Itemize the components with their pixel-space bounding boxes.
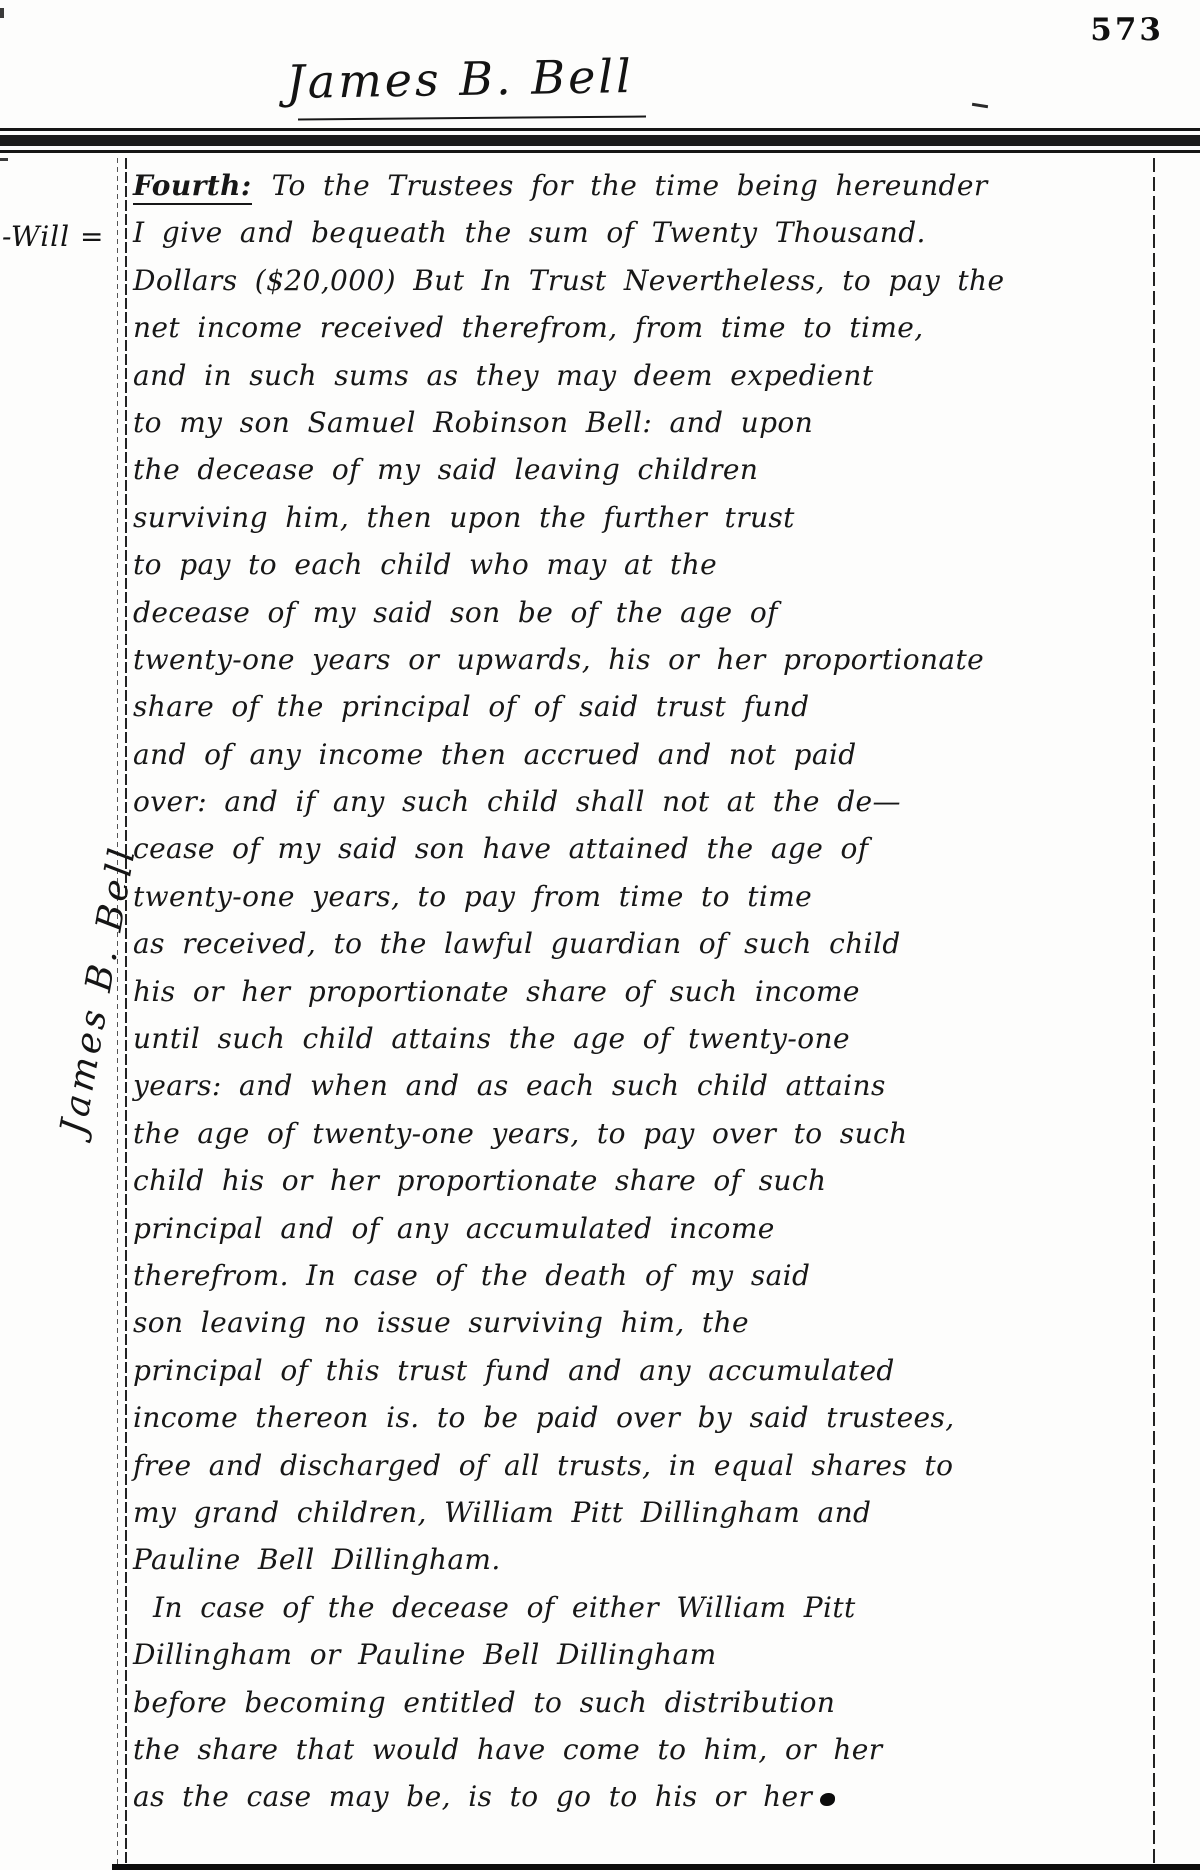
title-underline — [298, 115, 646, 120]
page-title: James B. Bell — [160, 47, 761, 111]
handwritten-line-first: Fourth:To the Trustees for the time bein… — [133, 162, 1173, 209]
handwritten-line: cease of my said son have attained the a… — [133, 825, 1173, 872]
ledger-double-rule — [0, 128, 1200, 158]
handwritten-line: decease of my said son be of the age of — [133, 589, 1173, 636]
ink-blot — [820, 1793, 835, 1806]
handwritten-line: free and discharged of all trusts, in eq… — [133, 1442, 1173, 1489]
handwritten-line: son leaving no issue surviving him, the — [133, 1299, 1173, 1346]
handwritten-line: to my son Samuel Robinson Bell: and upon — [133, 399, 1173, 446]
rule-line — [0, 150, 1200, 153]
handwritten-line: as received, to the lawful guardian of s… — [133, 920, 1173, 967]
handwritten-line: share of the principal of of said trust … — [133, 683, 1173, 730]
scan-speck — [0, 8, 4, 18]
handwritten-line: principal of this trust fund and any acc… — [133, 1347, 1173, 1394]
handwritten-line: income thereon is. to be paid over by sa… — [133, 1394, 1173, 1441]
handwritten-line: Dillingham or Pauline Bell Dillingham — [133, 1631, 1173, 1678]
handwritten-line: to pay to each child who may at the — [133, 541, 1173, 588]
handwritten-line: principal and of any accumulated income — [133, 1205, 1173, 1252]
handwritten-line: Dollars ($20,000) But In Trust Neverthel… — [133, 257, 1173, 304]
bottom-scan-bar — [112, 1864, 1200, 1870]
handwritten-line: the age of twenty-one years, to pay over… — [133, 1110, 1173, 1157]
page-number: 573 — [1090, 12, 1164, 48]
handwritten-line: therefrom. In case of the death of my sa… — [133, 1252, 1173, 1299]
scan-speck — [0, 158, 8, 161]
left-margin-rule-inner — [125, 158, 127, 1870]
handwritten-line: twenty-one years, to pay from time to ti… — [133, 873, 1173, 920]
handwritten-line: over: and if any such child shall not at… — [133, 778, 1173, 825]
handwritten-line: the share that would have come to him, o… — [133, 1726, 1173, 1773]
stray-pen-mark — [972, 103, 988, 108]
first-line-text: To the Trustees for the time being hereu… — [272, 169, 988, 202]
rule-line — [0, 128, 1200, 131]
handwritten-line: surviving him, then upon the further tru… — [133, 494, 1173, 541]
scanned-will-page: 573 James B. Bell -Will = James B. Bell … — [0, 0, 1200, 1870]
handwritten-line: and in such sums as they may deem expedi… — [133, 352, 1173, 399]
handwritten-line: before becoming entitled to such distrib… — [133, 1679, 1173, 1726]
section-keyword: Fourth: — [133, 169, 252, 205]
handwritten-line: child his or her proportionate share of … — [133, 1157, 1173, 1204]
margin-will-label: -Will = — [2, 220, 104, 253]
handwritten-line: In case of the decease of either William… — [133, 1584, 1173, 1631]
last-line-text: as the case may be, is to go to his or h… — [133, 1780, 812, 1813]
handwritten-line: twenty-one years or upwards, his or her … — [133, 636, 1173, 683]
handwritten-body: Fourth:To the Trustees for the time bein… — [133, 162, 1173, 1821]
handwritten-line: as the case may be, is to go to his or h… — [133, 1773, 1173, 1820]
handwritten-line: my grand children, William Pitt Dillingh… — [133, 1489, 1173, 1536]
rule-line — [0, 135, 1200, 146]
handwritten-line: and of any income then accrued and not p… — [133, 731, 1173, 778]
handwritten-line: the decease of my said leaving children — [133, 446, 1173, 493]
handwritten-line: until such child attains the age of twen… — [133, 1015, 1173, 1062]
handwritten-line: his or her proportionate share of such i… — [133, 968, 1173, 1015]
handwritten-line: net income received therefrom, from time… — [133, 304, 1173, 351]
handwritten-line: I give and bequeath the sum of Twenty Th… — [133, 209, 1173, 256]
handwritten-line: Pauline Bell Dillingham. — [133, 1536, 1173, 1583]
handwritten-line: years: and when and as each such child a… — [133, 1062, 1173, 1109]
